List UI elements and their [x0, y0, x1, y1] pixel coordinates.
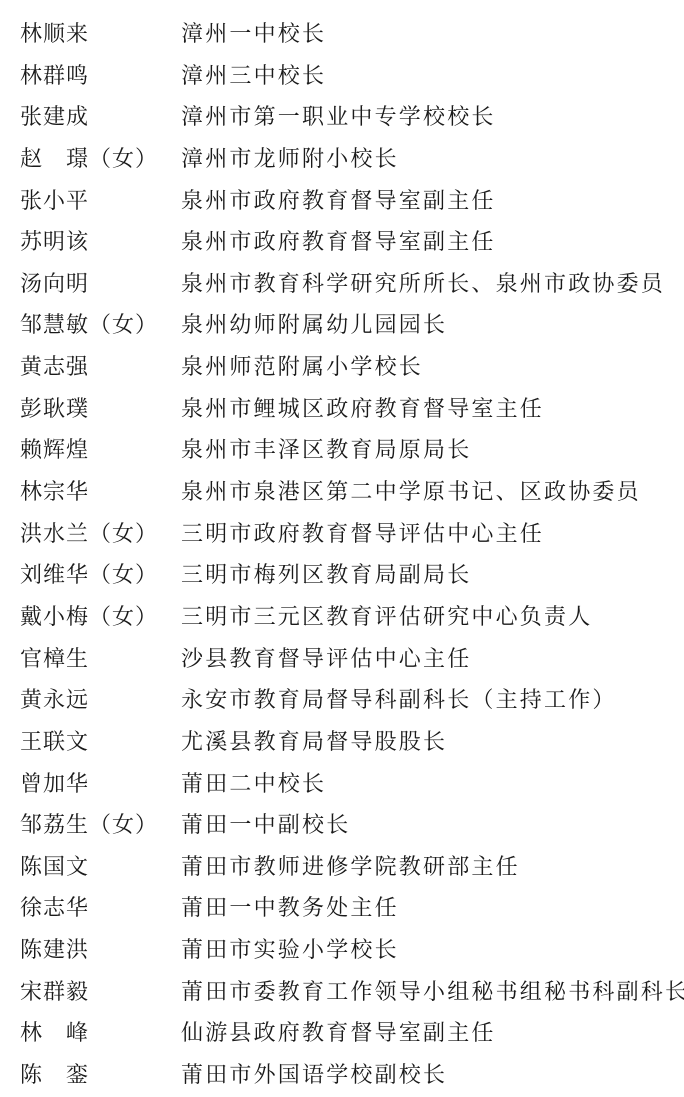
person-title: 沙县教育督导评估中心主任 — [181, 639, 471, 681]
roster-row: 刘维华（女）三明市梅列区教育局副局长 — [0, 555, 684, 597]
person-title: 泉州市鲤城区政府教育督导室主任 — [181, 389, 544, 431]
person-title: 漳州一中校长 — [181, 14, 326, 56]
person-title: 漳州三中校长 — [181, 56, 326, 98]
roster-row: 邹慧敏（女）泉州幼师附属幼儿园园长 — [0, 305, 684, 347]
person-title: 莆田市委教育工作领导小组秘书组秘书科副科长 — [181, 972, 684, 1014]
person-title: 泉州市丰泽区教育局原局长 — [181, 430, 471, 472]
person-name: 邹慧敏（女） — [20, 305, 158, 347]
roster-row: 林宗华泉州市泉港区第二中学原书记、区政协委员 — [0, 472, 684, 514]
person-name: 徐志华 — [20, 888, 89, 930]
roster-row: 张建成漳州市第一职业中专学校校长 — [0, 97, 684, 139]
person-name: 王联文 — [20, 722, 89, 764]
person-title: 莆田市外国语学校副校长 — [181, 1055, 447, 1097]
person-name: 赖辉煌 — [20, 430, 89, 472]
person-name: 黄永远 — [20, 680, 89, 722]
roster-list: 林顺来漳州一中校长 林群鸣漳州三中校长 张建成漳州市第一职业中专学校校长 赵 璟… — [0, 14, 684, 1097]
roster-row: 林顺来漳州一中校长 — [0, 14, 684, 56]
roster-row: 林群鸣漳州三中校长 — [0, 56, 684, 98]
person-name: 刘维华（女） — [20, 555, 158, 597]
roster-row: 陈国文莆田市教师进修学院教研部主任 — [0, 847, 684, 889]
roster-row: 曾加华莆田二中校长 — [0, 764, 684, 806]
person-title: 泉州幼师附属幼儿园园长 — [181, 305, 447, 347]
person-title: 三明市三元区教育评估研究中心负责人 — [181, 597, 592, 639]
person-title: 尤溪县教育局督导股股长 — [181, 722, 447, 764]
person-name: 林顺来 — [20, 14, 89, 56]
person-name: 汤向明 — [20, 264, 89, 306]
person-name: 洪水兰（女） — [20, 514, 158, 556]
person-title: 莆田市教师进修学院教研部主任 — [181, 847, 520, 889]
person-title: 莆田市实验小学校长 — [181, 930, 399, 972]
roster-row: 汤向明泉州市教育科学研究所所长、泉州市政协委员 — [0, 264, 684, 306]
person-title: 泉州市教育科学研究所所长、泉州市政协委员 — [181, 264, 665, 306]
person-title: 莆田二中校长 — [181, 764, 326, 806]
person-name: 张小平 — [20, 181, 89, 223]
person-name: 林群鸣 — [20, 56, 89, 98]
roster-row: 王联文尤溪县教育局督导股股长 — [0, 722, 684, 764]
person-name: 宋群毅 — [20, 972, 89, 1014]
person-title: 泉州市泉港区第二中学原书记、区政协委员 — [181, 472, 641, 514]
roster-row: 张小平泉州市政府教育督导室副主任 — [0, 181, 684, 223]
roster-row: 洪水兰（女）三明市政府教育督导评估中心主任 — [0, 514, 684, 556]
person-title: 泉州市政府教育督导室副主任 — [181, 181, 496, 223]
person-name: 陈建洪 — [20, 930, 89, 972]
roster-row: 林 峰仙游县政府教育督导室副主任 — [0, 1013, 684, 1055]
roster-row: 黄志强泉州师范附属小学校长 — [0, 347, 684, 389]
person-title: 永安市教育局督导科副科长（主持工作） — [181, 680, 617, 722]
roster-row: 彭耿璞泉州市鲤城区政府教育督导室主任 — [0, 389, 684, 431]
person-name: 曾加华 — [20, 764, 89, 806]
roster-row: 邹荔生（女）莆田一中副校长 — [0, 805, 684, 847]
person-name: 陈国文 — [20, 847, 89, 889]
roster-row: 赵 璟（女）漳州市龙师附小校长 — [0, 139, 684, 181]
roster-row: 戴小梅（女）三明市三元区教育评估研究中心负责人 — [0, 597, 684, 639]
person-title: 莆田一中教务处主任 — [181, 888, 399, 930]
roster-row: 陈建洪莆田市实验小学校长 — [0, 930, 684, 972]
person-title: 三明市梅列区教育局副局长 — [181, 555, 471, 597]
person-title: 仙游县政府教育督导室副主任 — [181, 1013, 496, 1055]
person-name: 陈 銮 — [20, 1055, 89, 1097]
roster-row: 徐志华莆田一中教务处主任 — [0, 888, 684, 930]
roster-row: 官樟生沙县教育督导评估中心主任 — [0, 639, 684, 681]
person-name: 彭耿璞 — [20, 389, 89, 431]
person-title: 漳州市龙师附小校长 — [181, 139, 399, 181]
person-title: 漳州市第一职业中专学校校长 — [181, 97, 496, 139]
person-name: 苏明该 — [20, 222, 89, 264]
roster-row: 赖辉煌泉州市丰泽区教育局原局长 — [0, 430, 684, 472]
person-name: 赵 璟（女） — [20, 139, 158, 181]
person-name: 黄志强 — [20, 347, 89, 389]
roster-row: 黄永远永安市教育局督导科副科长（主持工作） — [0, 680, 684, 722]
roster-row: 宋群毅莆田市委教育工作领导小组秘书组秘书科副科长 — [0, 972, 684, 1014]
roster-row: 陈 銮莆田市外国语学校副校长 — [0, 1055, 684, 1097]
person-name: 林宗华 — [20, 472, 89, 514]
person-name: 张建成 — [20, 97, 89, 139]
person-title: 泉州师范附属小学校长 — [181, 347, 423, 389]
roster-row: 苏明该泉州市政府教育督导室副主任 — [0, 222, 684, 264]
person-name: 邹荔生（女） — [20, 805, 158, 847]
person-name: 戴小梅（女） — [20, 597, 158, 639]
person-name: 官樟生 — [20, 639, 89, 681]
person-title: 泉州市政府教育督导室副主任 — [181, 222, 496, 264]
person-title: 莆田一中副校长 — [181, 805, 350, 847]
person-name: 林 峰 — [20, 1013, 89, 1055]
person-title: 三明市政府教育督导评估中心主任 — [181, 514, 544, 556]
